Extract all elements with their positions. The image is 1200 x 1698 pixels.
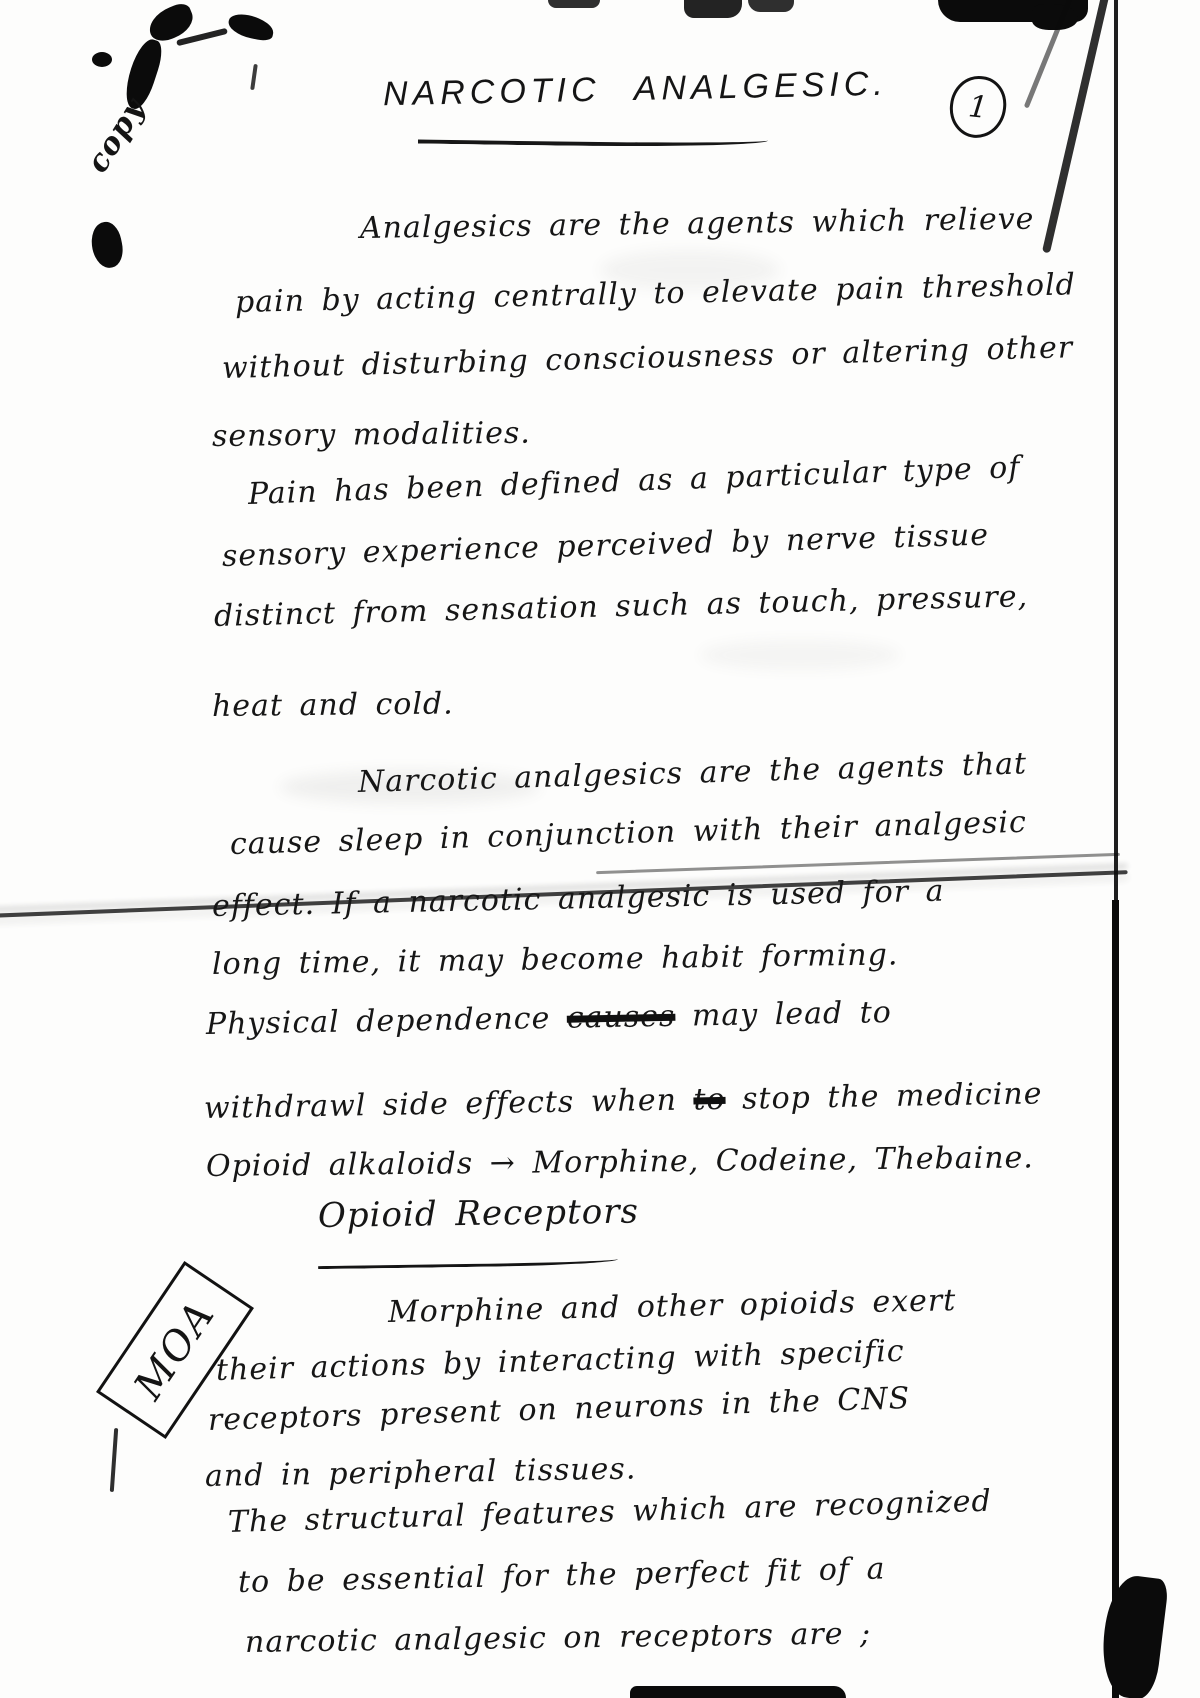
handwriting-line: cause sleep in conjunction with their an… xyxy=(230,806,1028,861)
section-heading: Opioid Receptors xyxy=(318,1194,639,1236)
struck-word: to xyxy=(693,1082,726,1118)
scanned-notes-page: NARCOTIC ANALGESIC. 1 copy Analgesics ar… xyxy=(0,0,1200,1698)
handwriting-line: Morphine and other opioids exert xyxy=(388,1284,957,1329)
scan-blotch-top xyxy=(748,0,794,12)
handwriting-line: to be essential for the perfect fit of a xyxy=(238,1552,886,1599)
scan-blotch-bottom xyxy=(630,1686,846,1698)
handwriting-line: distinct from sensation such as touch, p… xyxy=(214,580,1029,633)
text-segment: stop the medicine xyxy=(725,1076,1043,1117)
ink-dot xyxy=(92,52,112,67)
text-segment: Physical dependence xyxy=(206,1001,567,1042)
handwriting-line: narcotic analgesic on receptors are ; xyxy=(245,1617,872,1659)
text-segment: withdrawl side effects when xyxy=(204,1082,694,1126)
page-edge-right xyxy=(1114,0,1118,920)
ink-scribble-top-left xyxy=(226,11,276,42)
handwriting-line: receptors present on neurons in the CNS xyxy=(207,1382,910,1437)
handwriting-line: and in peripheral tissues. xyxy=(205,1452,637,1493)
handwriting-line: Physical dependence causes may lead to xyxy=(206,996,892,1041)
ink-tick xyxy=(250,64,258,90)
handwriting-line: their actions by interacting with specif… xyxy=(216,1335,906,1387)
page-edge-blob xyxy=(1097,1573,1169,1698)
pencil-smudge xyxy=(700,640,900,670)
handwriting-line: without disturbing consciousness or alte… xyxy=(222,331,1074,385)
handwriting-line: Pain has been defined as a particular ty… xyxy=(247,451,1021,511)
page-number-badge: 1 xyxy=(947,73,1009,141)
handwriting-line: Opioid alkaloids → Morphine, Codeine, Th… xyxy=(206,1141,1034,1183)
page-number: 1 xyxy=(967,89,990,126)
handwriting-line: withdrawl side effects when to stop the … xyxy=(204,1077,1043,1125)
handwriting-line: sensory experience perceived by nerve ti… xyxy=(222,519,990,573)
handwriting-line: pain by acting centrally to elevate pain… xyxy=(235,268,1077,319)
text-segment: may lead to xyxy=(675,995,892,1034)
handwriting-line: effect. If a narcotic analgesic is used … xyxy=(212,875,945,923)
struck-word: causes xyxy=(567,999,676,1036)
ink-blot xyxy=(88,219,127,270)
heading-underline xyxy=(318,1254,618,1269)
ink-tick xyxy=(110,1428,118,1492)
scan-blotch-top xyxy=(548,0,600,8)
handwriting-line: The structural features which are recogn… xyxy=(228,1485,993,1539)
handwriting-line: long time, it may become habit forming. xyxy=(212,938,899,981)
moa-label: MOA xyxy=(126,1292,225,1408)
page-edge-right xyxy=(1112,900,1119,1698)
corner-note-copy: copy xyxy=(80,92,152,179)
scan-blotch-top xyxy=(684,0,742,18)
handwriting-line: Analgesics are the agents which relieve xyxy=(360,203,1035,245)
title-underline xyxy=(418,130,768,149)
paper-crease xyxy=(596,853,1120,874)
handwriting-line: sensory modalities. xyxy=(212,417,531,453)
handwriting-line: heat and cold. xyxy=(212,687,454,723)
handwriting-line: Narcotic analgesics are the agents that xyxy=(358,747,1028,799)
page-title: NARCOTIC ANALGESIC. xyxy=(383,65,889,115)
